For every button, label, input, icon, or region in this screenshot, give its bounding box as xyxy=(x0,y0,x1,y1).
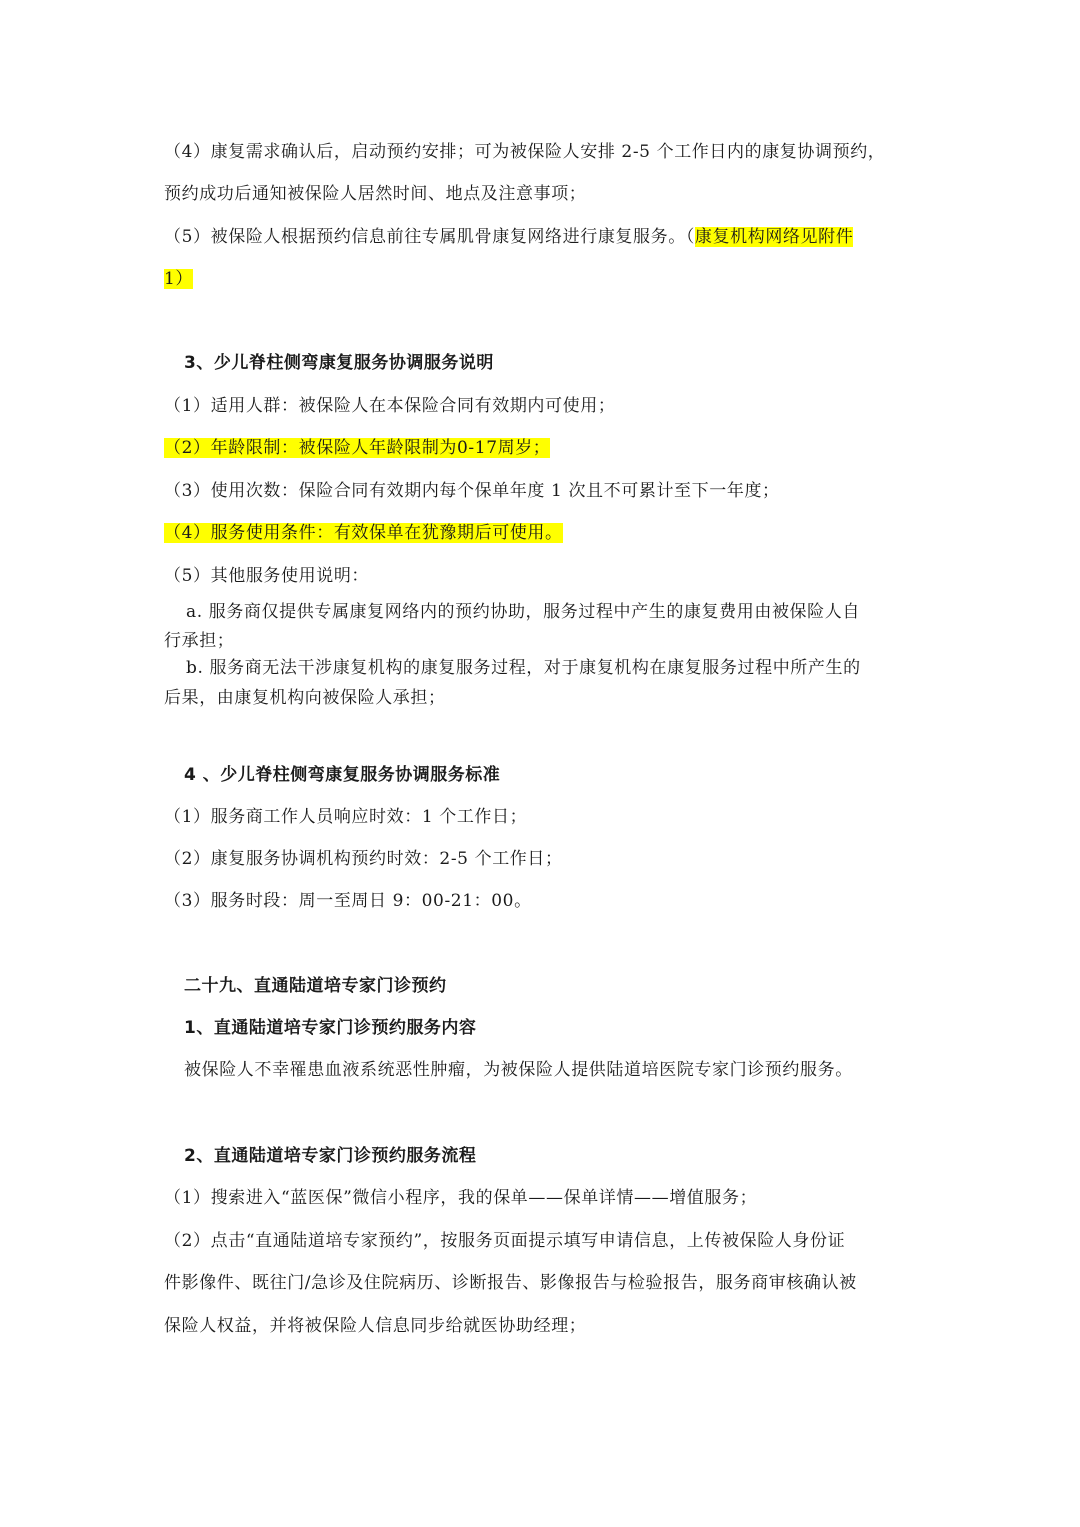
s3-sub-b-line2: 后果，由康复机构向被保险人承担； xyxy=(164,683,446,713)
ch29-sub2-item2-line2: 件影像件、既往门/急诊及住院病历、诊断报告、影像报告与检验报告，服务商审核确认被 xyxy=(164,1268,857,1298)
item-4-line2: 预约成功后通知被保险人居然时间、地点及注意事项； xyxy=(164,179,586,209)
s3-item-4: （4）服务使用条件：有效保单在犹豫期后可使用。 xyxy=(164,518,563,548)
s3-item-5: （5）其他服务使用说明： xyxy=(164,561,369,591)
item-4-line1: （4）康复需求确认后，启动预约安排；可为被保险人安排 2-5 个工作日内的康复协… xyxy=(164,137,885,167)
s3-sub-a-line2: 行承担； xyxy=(164,626,234,656)
section-3-title: 3、少儿脊柱侧弯康复服务协调服务说明 xyxy=(184,348,494,378)
chapter-29-title: 二十九、直通陆道培专家门诊预约 xyxy=(184,971,447,1001)
s4-item-1: （1）服务商工作人员响应时效：1 个工作日； xyxy=(164,802,527,832)
ch29-sub2-item1: （1）搜索进入“蓝医保”微信小程序，我的保单——保单详情——增值服务； xyxy=(164,1183,757,1213)
s3-sub-b-line1: b. 服务商无法干涉康复机构的康复服务过程，对于康复机构在康复服务过程中所产生的 xyxy=(186,653,861,683)
highlighted-attachment-ref-end: 1） xyxy=(164,269,193,289)
ch29-sub1-body: 被保险人不幸罹患血液系统恶性肿瘤，为被保险人提供陆道培医院专家门诊预约服务。 xyxy=(184,1055,853,1085)
highlighted-age-limit: （2）年龄限制：被保险人年龄限制为0-17周岁； xyxy=(164,438,550,458)
s3-item-3: （3）使用次数：保险合同有效期内每个保单年度 1 次且不可累计至下一年度； xyxy=(164,476,780,506)
ch29-sub2-item2-line3: 保险人权益，并将被保险人信息同步给就医协助经理； xyxy=(164,1311,586,1341)
highlighted-attachment-ref: 康复机构网络见附件 xyxy=(695,227,853,247)
section-4-title: 4 、少儿脊柱侧弯康复服务协调服务标准 xyxy=(184,760,500,790)
item-5-line1: （5）被保险人根据预约信息前往专属肌骨康复网络进行康复服务。（康复机构网络见附件 xyxy=(164,222,853,252)
s3-item-2: （2）年龄限制：被保险人年龄限制为0-17周岁； xyxy=(164,433,550,463)
ch29-sub1-title: 1、直通陆道培专家门诊预约服务内容 xyxy=(184,1013,476,1043)
s4-item-3: （3）服务时段：周一至周日 9：00-21：00。 xyxy=(164,886,532,916)
ch29-sub2-item2-line1: （2）点击“直通陆道培专家预约”，按服务页面提示填写申请信息，上传被保险人身份证 xyxy=(164,1226,845,1256)
item-5-line2: 1） xyxy=(164,264,193,294)
s3-item-1: （1）适用人群：被保险人在本保险合同有效期内可使用； xyxy=(164,391,615,421)
item-5-text: （5）被保险人根据预约信息前往专属肌骨康复网络进行康复服务。（ xyxy=(164,227,695,247)
ch29-sub2-title: 2、直通陆道培专家门诊预约服务流程 xyxy=(184,1141,476,1171)
highlighted-usage-condition: （4）服务使用条件：有效保单在犹豫期后可使用。 xyxy=(164,523,563,543)
s4-item-2: （2）康复服务协调机构预约时效：2-5 个工作日； xyxy=(164,844,563,874)
s3-sub-a-line1: a. 服务商仅提供专属康复网络内的预约协助，服务过程中产生的康复费用由被保险人自 xyxy=(186,597,860,627)
